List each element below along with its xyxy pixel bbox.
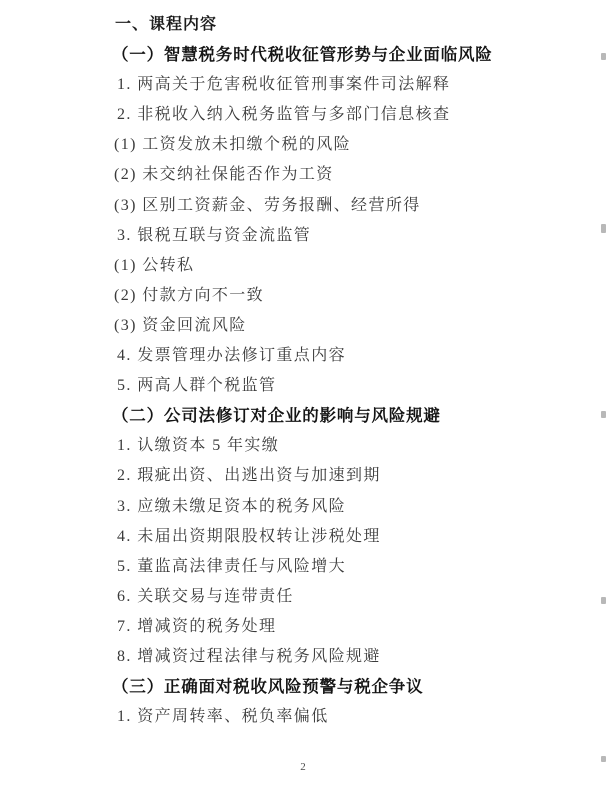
outline-item: 4. 未届出资期限股权转让涉税处理 — [0, 522, 606, 552]
section-heading: （二）公司法修订对企业的影响与风险规避 — [0, 401, 606, 431]
section-heading: （三）正确面对税收风险预警与税企争议 — [0, 672, 606, 702]
outline-item: 1. 资产周转率、税负率偏低 — [0, 702, 606, 732]
outline-item: 1. 两高关于危害税收征管刑事案件司法解释 — [0, 70, 606, 100]
scan-artifact — [601, 597, 606, 604]
outline-subitem: (2) 付款方向不一致 — [0, 281, 606, 311]
outline-subitem: (3) 资金回流风险 — [0, 311, 606, 341]
document-page: 一、课程内容（一）智慧税务时代税收征管形势与企业面临风险1. 两高关于危害税收征… — [0, 0, 606, 786]
outline-item: 7. 增减资的税务处理 — [0, 612, 606, 642]
chapter-heading: 一、课程内容 — [0, 10, 606, 40]
outline-item: 5. 两高人群个税监管 — [0, 371, 606, 401]
scan-artifact — [601, 756, 606, 762]
outline-item: 2. 非税收入纳入税务监管与多部门信息核查 — [0, 100, 606, 130]
scan-artifact — [601, 224, 606, 233]
scan-artifact — [601, 53, 606, 60]
outline-item: 3. 银税互联与资金流监管 — [0, 221, 606, 251]
section-heading: （一）智慧税务时代税收征管形势与企业面临风险 — [0, 40, 606, 70]
outline-item: 1. 认缴资本 5 年实缴 — [0, 431, 606, 461]
outline-item: 5. 董监高法律责任与风险增大 — [0, 552, 606, 582]
outline-item: 2. 瑕疵出资、出逃出资与加速到期 — [0, 461, 606, 491]
course-outline: 一、课程内容（一）智慧税务时代税收征管形势与企业面临风险1. 两高关于危害税收征… — [0, 10, 606, 732]
outline-subitem: (2) 未交纳社保能否作为工资 — [0, 160, 606, 190]
outline-subitem: (1) 工资发放未扣缴个税的风险 — [0, 130, 606, 160]
outline-item: 3. 应缴未缴足资本的税务风险 — [0, 492, 606, 522]
outline-subitem: (3) 区别工资薪金、劳务报酬、经营所得 — [0, 191, 606, 221]
outline-item: 4. 发票管理办法修订重点内容 — [0, 341, 606, 371]
outline-item: 8. 增减资过程法律与税务风险规避 — [0, 642, 606, 672]
page-number: 2 — [0, 761, 606, 773]
scan-artifact — [601, 411, 606, 418]
outline-item: 6. 关联交易与连带责任 — [0, 582, 606, 612]
outline-subitem: (1) 公转私 — [0, 251, 606, 281]
